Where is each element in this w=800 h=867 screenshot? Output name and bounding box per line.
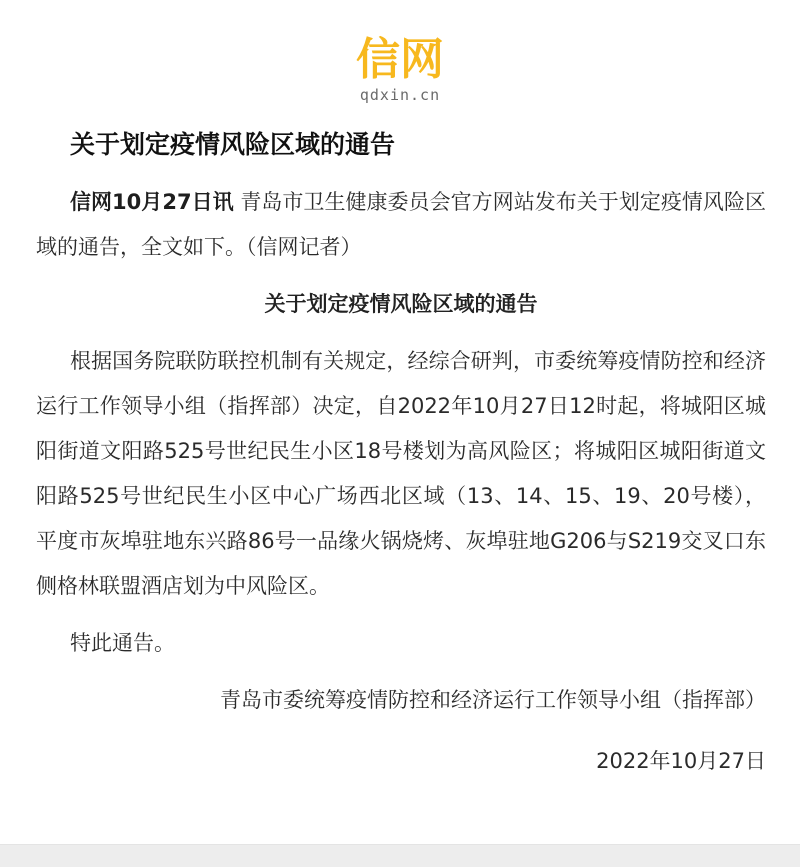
notice-body: 根据国务院联防联控机制有关规定，经综合研判，市委统筹疫情防控和经济运行工作领导小… xyxy=(36,339,766,609)
bottom-bar xyxy=(0,844,800,867)
notice-signature: 青岛市委统筹疫情防控和经济运行工作领导小组（指挥部） xyxy=(36,678,766,723)
logo-mark: 信网 xyxy=(356,36,444,84)
lead-paragraph: 信网10月27日讯 青岛市卫生健康委员会官方网站发布关于划定疫情风险区域的通告，… xyxy=(36,180,766,270)
notice-closing: 特此通告。 xyxy=(36,621,766,666)
dateline: 信网10月27日讯 xyxy=(70,190,234,214)
notice-title: 关于划定疫情风险区域的通告 xyxy=(36,282,766,327)
notice-date: 2022年10月27日 xyxy=(36,739,766,784)
article-title: 关于划定疫情风险区域的通告 xyxy=(36,122,766,168)
article: 关于划定疫情风险区域的通告 信网10月27日讯 青岛市卫生健康委员会官方网站发布… xyxy=(36,122,766,784)
site-logo[interactable]: 信网 qdxin.cn xyxy=(0,36,800,104)
logo-domain: qdxin.cn xyxy=(0,86,800,104)
